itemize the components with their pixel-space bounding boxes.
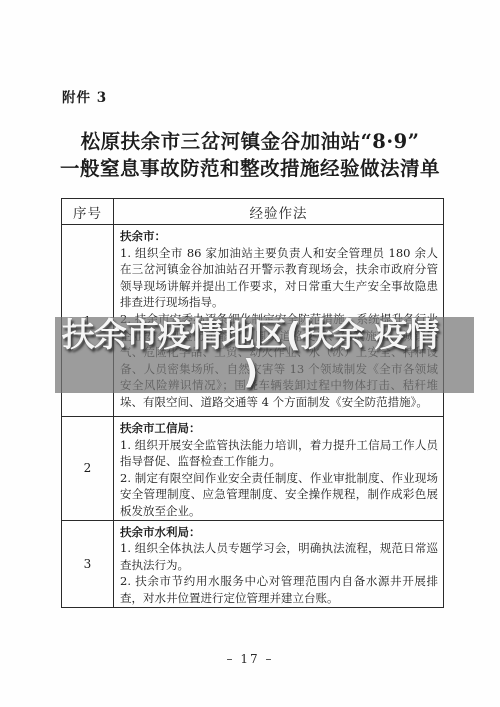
org-name: 扶余市水利局： [120,524,438,541]
experience-table: 序号 经验作法 1 扶余市： 1. 组织全市 86 家加油站主要负责人和安全管理… [61,198,444,608]
row-content: 扶余市： 1. 组织全市 86 家加油站主要负责人和安全管理员 180 余人在三… [114,225,444,417]
document-title-line2: 一般窒息事故防范和整改措施经验做法清单 [0,155,500,182]
row-number: 3 [62,520,114,607]
practice-item: 1. 组织全市 86 家加油站主要负责人和安全管理员 180 余人在三岔河镇金谷… [120,245,438,311]
row-number: 2 [62,417,114,521]
row-content: 扶余市工信局： 1. 组织开展安全监管执法能力培训，着力提升工信局工作人员指导督… [114,417,444,521]
column-header-practice: 经验作法 [114,199,444,225]
column-header-number: 序号 [62,199,114,225]
row-content: 扶余市水利局： 1. 组织全体执法人员专题学习会，明确执法流程，规范日常巡查执法… [114,520,444,607]
attachment-label: 附件 3 [62,86,107,106]
document-title-line1: 松原扶余市三岔河镇金谷加油站“8·9” [0,128,500,155]
table-row: 1 扶余市： 1. 组织全市 86 家加油站主要负责人和安全管理员 180 余人… [62,225,444,417]
org-name: 扶余市： [120,228,438,245]
org-name: 扶余市工信局： [120,420,438,437]
practice-item: 2. 扶余市节约用水服务中心对管理范围内自备水源井开展排查，对水井位置进行定位管… [120,573,438,606]
practice-item: 1. 组织开展安全监管执法能力培训，着力提升工信局工作人员指导督促、监督检查工作… [120,437,438,470]
table-row: 2 扶余市工信局： 1. 组织开展安全监管执法能力培训，着力提升工信局工作人员指… [62,417,444,521]
table-row: 3 扶余市水利局： 1. 组织全体执法人员专题学习会，明确执法流程，规范日常巡查… [62,520,444,607]
document-page: 附件 3 松原扶余市三岔河镇金谷加油站“8·9” 一般窒息事故防范和整改措施经验… [0,0,500,707]
row-number: 1 [62,225,114,417]
document-title: 松原扶余市三岔河镇金谷加油站“8·9” 一般窒息事故防范和整改措施经验做法清单 [0,128,500,182]
page-number: – 17 – [0,652,500,666]
practice-item: 1. 组织全体执法人员专题学习会，明确执法流程，规范日常巡查执法行为。 [120,540,438,573]
practice-item: 2. 制定有限空间作业安全责任制度、作业审批制度、作业现场安全管理制度、应急管理… [120,470,438,520]
table-header-row: 序号 经验作法 [62,199,444,225]
practice-item: 2. 扶余市安委办逐条细化制定安全防范措施，系统提升各行业企业安全风险防范能力。… [120,311,438,411]
